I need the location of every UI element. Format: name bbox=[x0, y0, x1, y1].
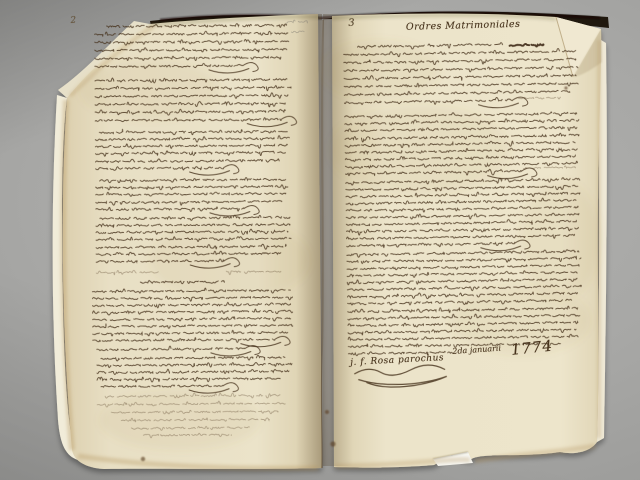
right-page-number: 3 bbox=[348, 18, 355, 29]
stain-spot bbox=[325, 410, 329, 414]
left-page-number: 2 bbox=[70, 15, 77, 26]
paper-mottle bbox=[150, 220, 310, 300]
paper-mottle bbox=[330, 105, 510, 195]
manuscript-artwork bbox=[0, 0, 640, 480]
stain-spot bbox=[330, 441, 335, 446]
manuscript-scan: 2 3 Ordres Matrimoniales 2da januarii 17… bbox=[0, 0, 640, 480]
stain-spot bbox=[564, 86, 567, 89]
spine-gap-line bbox=[322, 20, 323, 468]
paper-mottle bbox=[520, 180, 600, 300]
paper-mottle bbox=[320, 40, 440, 100]
stain-spot bbox=[141, 457, 145, 461]
